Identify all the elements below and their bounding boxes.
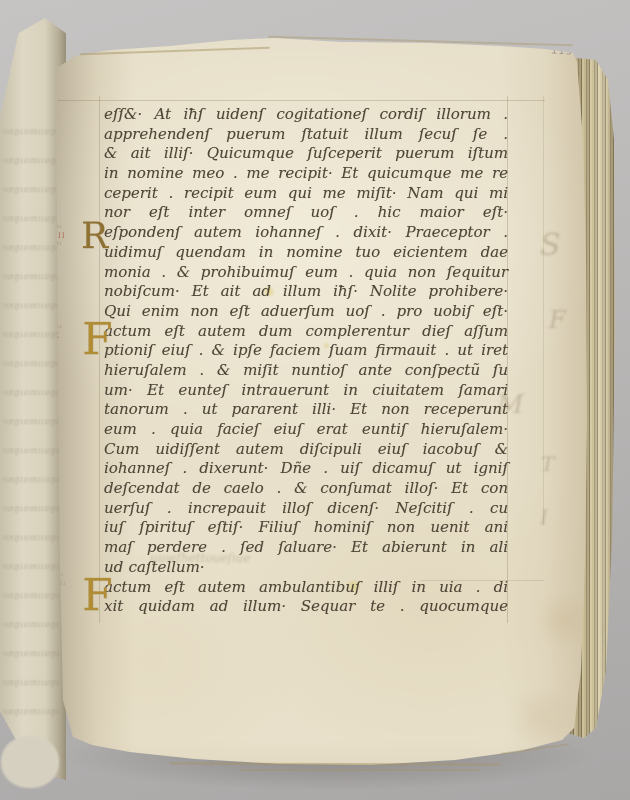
showthrough-row: ıŋuıımuıŋnıuımŋıuıhonıı [3, 379, 59, 408]
illuminated-initial-F: F [82, 318, 113, 362]
text-block: Factum eſt autem dum complerentur dieſ a… [104, 322, 508, 578]
manuscript-page: 113 SFMTIuuıeſhettoueſıue ıŀııviiiııŀııŀ… [0, 0, 630, 800]
showthrough-row: ıŋuıımuıŋnıuımŋıuıhonıı [3, 640, 59, 669]
showthrough-row: ıŋuıımuıŋnıuımŋıuıhonıı [3, 582, 59, 611]
showthrough-row: ıŋuıımuıŋnıuımŋıuıhonıı [3, 611, 59, 640]
showthrough-row: ıŋuıımuıŋnıuımŋıuıhonıı [3, 350, 59, 379]
showthrough-row: ıŋuıımuıŋnıuımŋıuıhonıı [3, 408, 59, 437]
ink-showthrough-mark: I [540, 505, 548, 529]
text-line: apprehendenſ puerum ſtatuit illum ſecuſ … [104, 125, 508, 145]
text-line: eſſ&· At iħſ uidenſ cogitationeſ cordiſ … [104, 105, 508, 125]
showthrough-row: ıŋuıımuıŋnıuımŋıuıhonıı [3, 321, 59, 350]
showthrough-row: ıŋuıımuıŋnıuımŋıuıhonıı [3, 292, 59, 321]
text-line: ceperit . recipit eum qui me miſit· Nam … [104, 184, 508, 204]
text-line: monia . & prohibuimuſ eum . quia non ſeq… [104, 263, 508, 283]
showthrough-row: ıŋuıımuıŋnıuımŋıuıhonıı [3, 553, 59, 582]
showthrough-row: ıŋuıımuıŋnıuımŋıuıhonıı [3, 698, 59, 727]
text-line: maſ perdere . ſed ſaluare· Et abierunt i… [104, 538, 508, 558]
parchment-stain [540, 585, 586, 655]
showthrough-row: ıŋuıımuıŋnıuımŋıuıhonıı [3, 176, 59, 205]
text-line: ptioniſ eiuſ . & ipſe faciem ſuam firmau… [104, 341, 508, 361]
facing-page-edge: ıŋuıımuıŋnıuımŋıuıhonıııŋuıımuıŋnıuımŋıu… [0, 18, 66, 780]
showthrough-row: ıŋuıımuıŋnıuımŋıuıhonıı [3, 466, 59, 495]
text-line: actum eſt autem ambulantibuſ illiſ in ui… [104, 578, 508, 598]
text-block: Reſpondenſ autem iohanneſ . dixit· Praec… [104, 223, 508, 321]
text-block: eſſ&· At iħſ uidenſ cogitationeſ cordiſ … [104, 105, 508, 223]
showthrough-row: ıŋuıımuıŋnıuımŋıuıhonıı [3, 263, 59, 292]
text-line: eſpondenſ autem iohanneſ . dixit· Praece… [104, 223, 508, 243]
ink-showthrough-mark: S [540, 228, 561, 263]
showthrough-row: ıŋuıımuıŋnıuımŋıuıhonıı [3, 234, 59, 263]
text-line: uidimuſ quendam in nomine tuo eicientem … [104, 243, 508, 263]
showthrough-row: ıŋuıımuıŋnıuımŋıuıhonıı [3, 524, 59, 553]
ink-showthrough-mark: F [549, 306, 566, 334]
text-line: tanorum . ut pararent illi· Et non recep… [104, 400, 508, 420]
text-line: in nomine meo . me recipit· Et quicumque… [104, 164, 508, 184]
under-page-edge [240, 769, 480, 771]
showthrough-row: ıŋuıımuıŋnıuımŋıuıhonıı [3, 118, 59, 147]
text-line: iuſ ſpirituſ eſtiſ· Filiuſ hominiſ non u… [104, 518, 508, 538]
ink-showthrough-mark: T [541, 452, 554, 476]
showthrough-row: ıŋuıımuıŋnıuımŋıuıhonıı [3, 205, 59, 234]
text-block: Factum eſt autem ambulantibuſ illiſ in u… [104, 578, 508, 617]
illuminated-initial-F: F [82, 574, 113, 618]
text-line: Cum uidiſſent autem diſcipuli eiuſ iacob… [104, 440, 508, 460]
text-line: Qui enim non eſt aduerſum uoſ . pro uobi… [104, 302, 508, 322]
facing-page-showthrough-text: ıŋuıımuıŋnıuımŋıuıhonıııŋuıımuıŋnıuımŋıu… [3, 118, 59, 738]
text-line: ud caſtellum· [104, 558, 508, 578]
facing-page-bottom-corner [1, 736, 59, 788]
showthrough-row: ıŋuıımuıŋnıuımŋıuıhonıı [3, 669, 59, 698]
text-line: um· Et eunteſ intrauerunt in ciuitatem ſ… [104, 381, 508, 401]
illuminated-initial-R: R [81, 219, 108, 255]
showthrough-row: ıŋuıımuıŋnıuımŋıuıhonıı [3, 495, 59, 524]
text-line: actum eſt autem dum complerentur dieſ aſ… [104, 322, 508, 342]
text-line: hieruſalem . & miſit nuntioſ ante conſpe… [104, 361, 508, 381]
showthrough-row: ıŋuıımuıŋnıuımŋıuıhonıı [3, 147, 59, 176]
text-block-area: eſſ&· At iħſ uidenſ cogitationeſ cordiſ … [104, 105, 508, 617]
text-line: & ait illiſ· Quicumque ſuſceperit puerum… [104, 144, 508, 164]
text-line: uerſuſ . increpauit illoſ dicenſ· Neſcit… [104, 499, 508, 519]
text-line: eum . quia facieſ eiuſ erat euntiſ hieru… [104, 420, 508, 440]
ruling-line-horizontal-top [58, 100, 545, 101]
text-line: nobiſcum· Et ait ad illum iħſ· Nolite pr… [104, 282, 508, 302]
showthrough-row: ıŋuıımuıŋnıuımŋıuıhonıı [3, 437, 59, 466]
text-line: xit quidam ad illum· Sequar te . quocumq… [104, 597, 508, 617]
text-line: iohanneſ . dixerunt· Dñe . uiſ dicamuſ u… [104, 459, 508, 479]
folio-number: 113 [551, 45, 574, 57]
text-line: deſcendat de caelo . & conſumat illoſ· E… [104, 479, 508, 499]
text-line: nor eſt inter omneſ uoſ . hic maior eſt· [104, 203, 508, 223]
